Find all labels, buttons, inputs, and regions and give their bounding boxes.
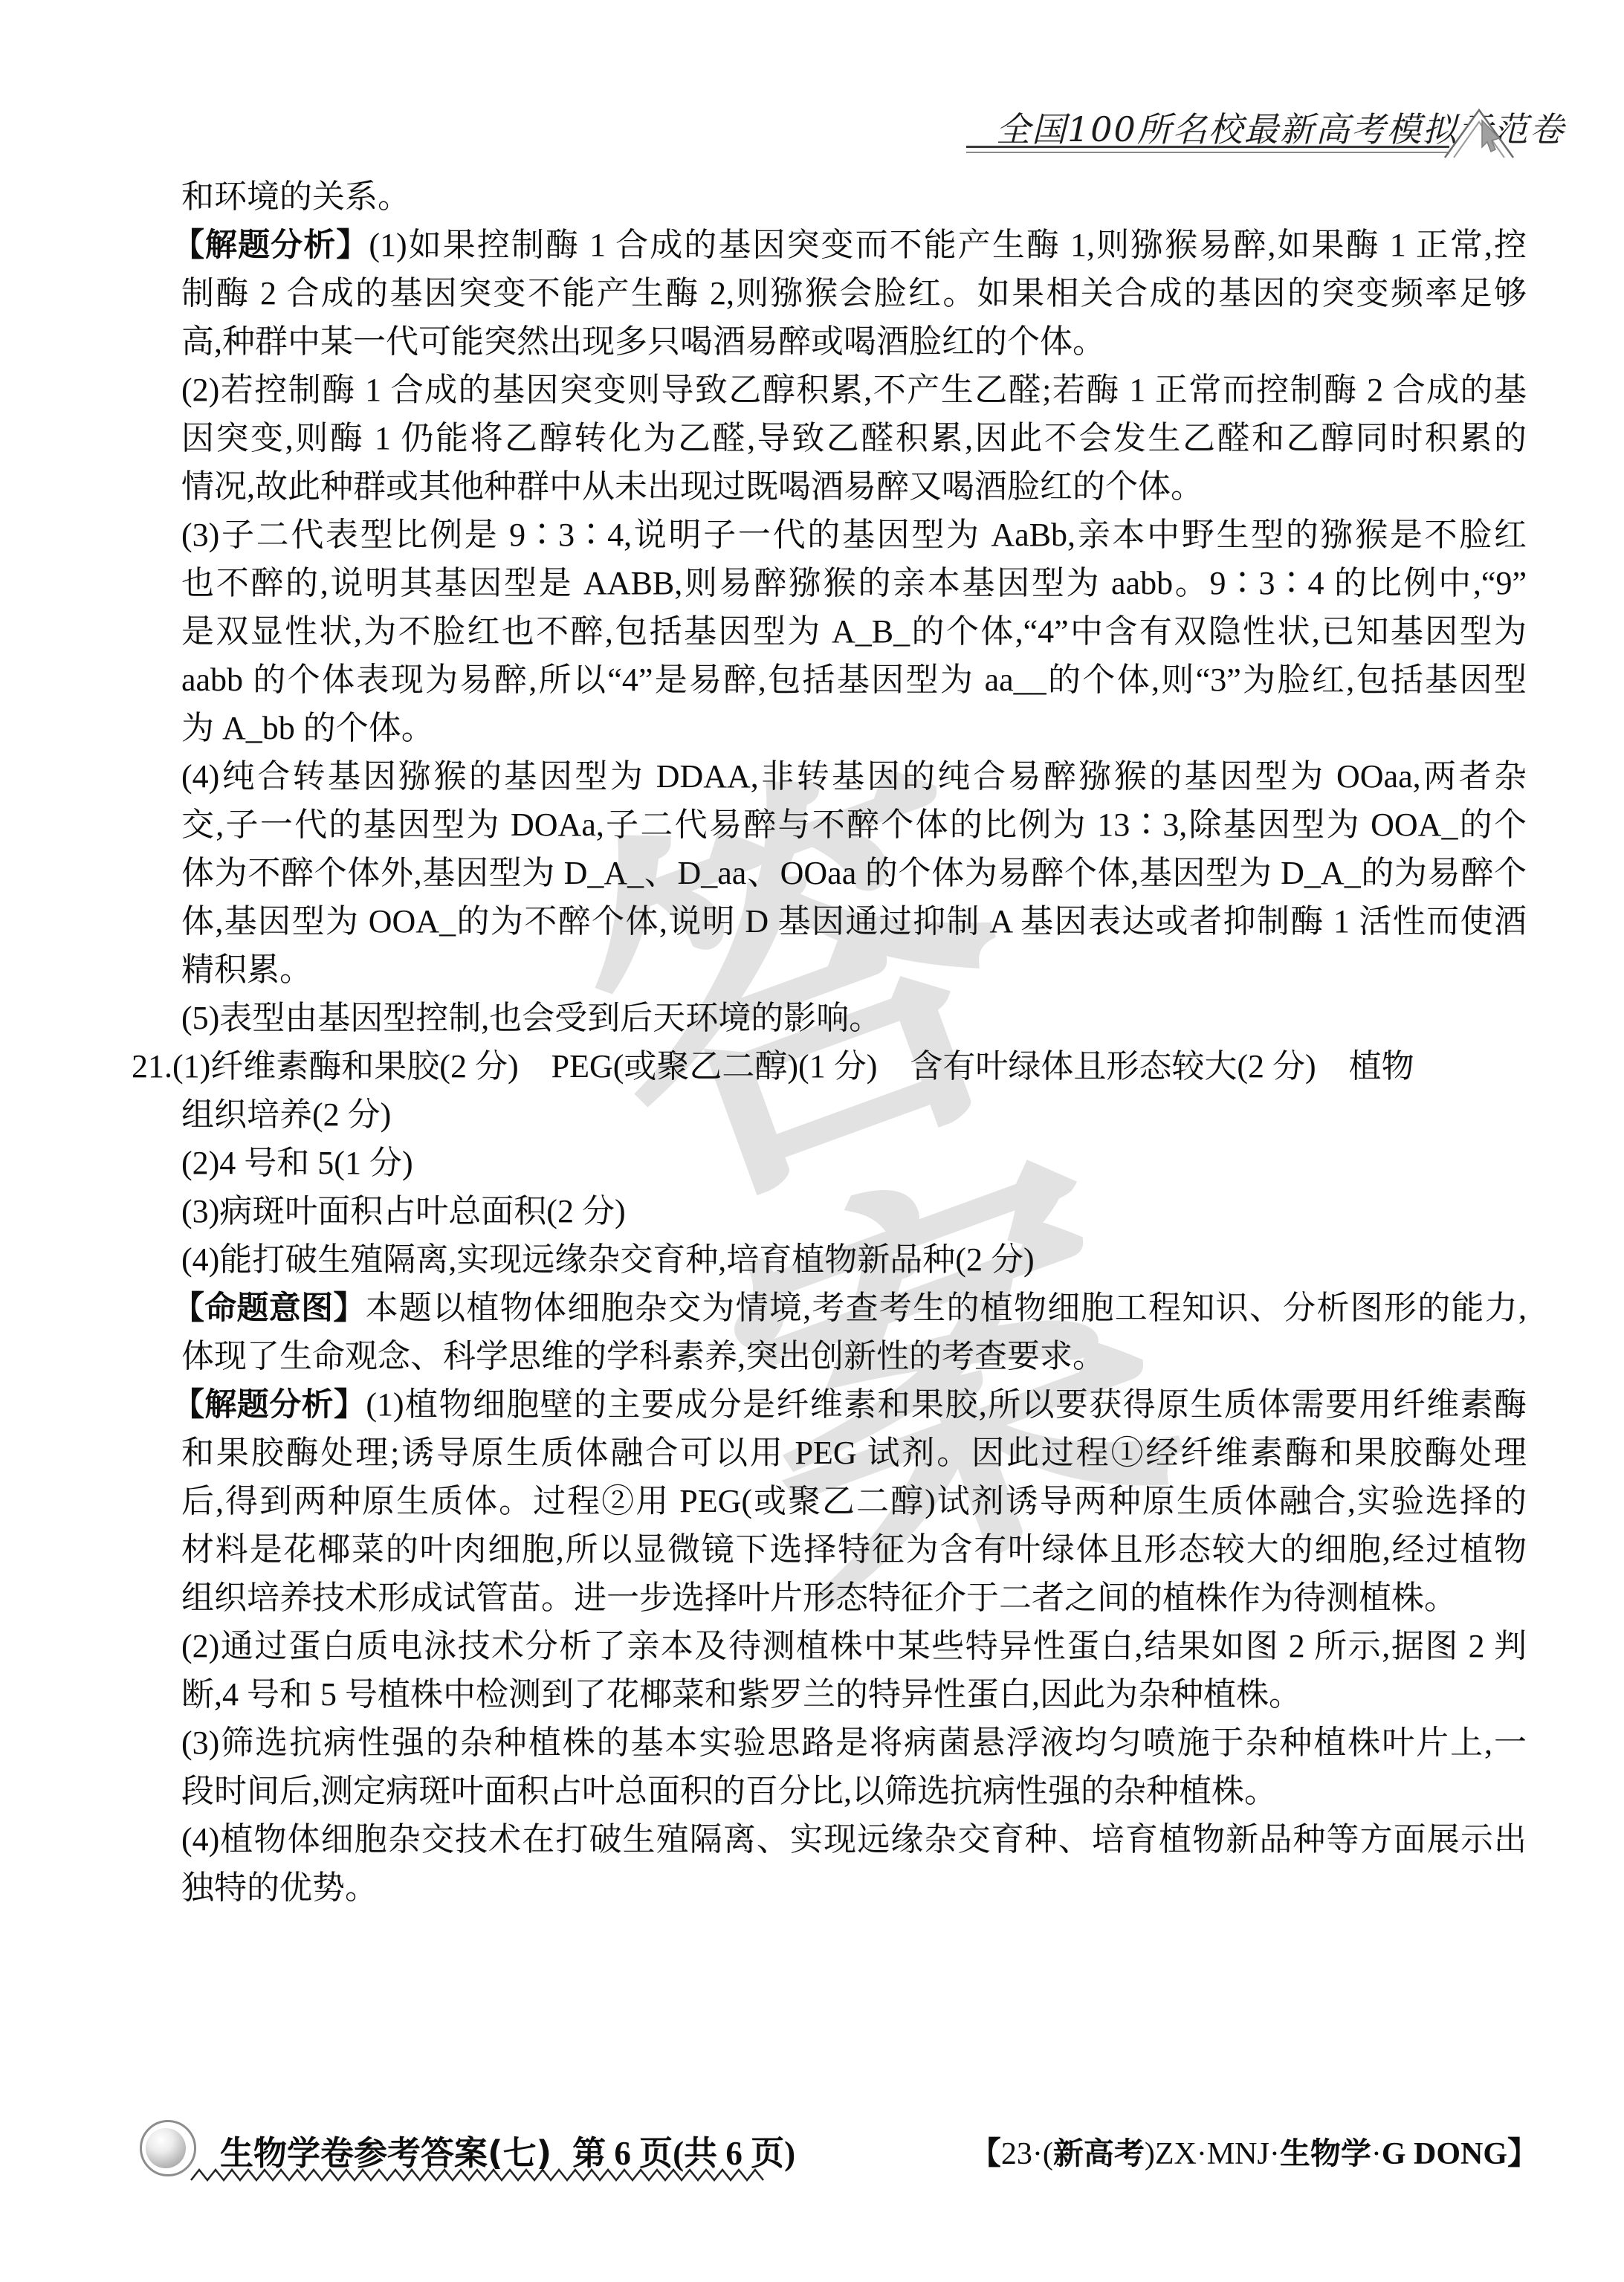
- text-line: (2)4 号和 5(1 分): [181, 1139, 1527, 1187]
- sphere-icon: [146, 2128, 186, 2168]
- exam-code: 【23·(新高考)ZX·MNJ·生物学·G DONG】: [970, 2129, 1539, 2173]
- bold-section-label: 【解题分析】: [172, 227, 369, 264]
- line-text: 本题以植物体细胞杂交为情境,考查考生的植物细胞工程知识、分析图形的能力,: [366, 1290, 1527, 1326]
- text-line: (3)病斑叶面积占叶总面积(2 分): [181, 1187, 1527, 1235]
- line-text: (2)通过蛋白质电泳技术分析了亲本及待测植株中某些特异性蛋白,结果如图 2 所示…: [181, 1628, 1527, 1664]
- line-text: 也不醉的,说明其基因型是 AABB,则易醉猕猴的亲本基因型为 aabb。9∶3∶…: [181, 565, 1527, 601]
- line-text: 体现了生命观念、科学思维的学科素养,突出创新性的考查要求。: [181, 1338, 1105, 1374]
- text-line: 和果胶酶处理;诱导原生质体融合可以用 PEG 试剂。因此过程①经纤维素酶和果胶酶…: [181, 1429, 1527, 1477]
- line-text: 高,种群中某一代可能突然出现多只喝酒易醉或喝酒脸红的个体。: [181, 323, 1105, 360]
- text-line: 【解题分析】(1)植物细胞壁的主要成分是纤维素和果胶,所以要获得原生质体需要用纤…: [172, 1380, 1527, 1429]
- line-text: (4)纯合转基因猕猴的基因型为 DDAA,非转基因的纯合易醉猕猴的基因型为 OO…: [181, 758, 1527, 795]
- text-line: 【解题分析】(1)如果控制酶 1 合成的基因突变而不能产生酶 1,则猕猴易醉,如…: [172, 221, 1527, 269]
- text-line: 21.(1)纤维素酶和果胶(2 分) PEG(或聚乙二醇)(1 分) 含有叶绿体…: [132, 1042, 1527, 1090]
- exam-code-segment: ·: [1371, 2137, 1382, 2171]
- text-line: 因突变,则酶 1 仍能将乙醇转化为乙醛,导致乙醛积累,因此不会发生乙醛和乙醇同时…: [181, 414, 1527, 462]
- line-text: 是双显性状,为不脸红也不醉,包括基因型为 A_B_的个体,“4”中含有双隐性状,…: [181, 613, 1527, 650]
- line-text: 段时间后,测定病斑叶面积占叶总面积的百分比,以筛选抗病性强的杂种植株。: [181, 1773, 1277, 1809]
- peak-mark: [1443, 106, 1518, 159]
- exam-code-segment: G DONG】: [1382, 2137, 1539, 2171]
- line-text: 交,子一代的基因型为 DOAa,子二代易醉与不醉个体的比例为 13∶3,除基因型…: [181, 807, 1527, 843]
- text-line: (2)若控制酶 1 合成的基因突变则导致乙醇积累,不产生乙醛;若酶 1 正常而控…: [181, 366, 1527, 414]
- text-line: 也不醉的,说明其基因型是 AABB,则易醉猕猴的亲本基因型为 aabb。9∶3∶…: [181, 559, 1527, 607]
- exam-code-segment: 新高考: [1053, 2136, 1145, 2171]
- text-line: aabb 的个体表现为易醉,所以“4”是易醉,包括基因型为 aa__的个体,则“…: [181, 656, 1527, 704]
- line-text: (5)表型由基因型控制,也会受到后天环境的影响。: [181, 1000, 881, 1036]
- text-line: 和环境的关系。: [181, 172, 1527, 221]
- line-text: 后,得到两种原生质体。过程②用 PEG(或聚乙二醇)试剂诱导两种原生质体融合,实…: [181, 1483, 1527, 1519]
- text-line: (3)筛选抗病性强的杂种植株的基本实验思路是将病菌悬浮液均匀喷施于杂种植株叶片上…: [181, 1719, 1527, 1767]
- line-text: (3)病斑叶面积占叶总面积(2 分): [181, 1193, 626, 1229]
- line-text: 组织培养(2 分): [181, 1096, 391, 1133]
- line-text: 情况,故此种群或其他种群中从未出现过既喝酒易醉又喝酒脸红的个体。: [181, 468, 1203, 505]
- line-text: 体,基因型为 OOA_的为不醉个体,说明 D 基因通过抑制 A 基因表达或者抑制…: [181, 903, 1527, 940]
- zigzag-line: [191, 2170, 763, 2180]
- text-line: 独特的优势。: [181, 1864, 1527, 1912]
- exam-code-segment: 生物学: [1280, 2136, 1371, 2171]
- text-line: (4)能打破生殖隔离,实现远缘杂交育种,培育植物新品种(2 分): [181, 1235, 1527, 1284]
- line-text: (3)筛选抗病性强的杂种植株的基本实验思路是将病菌悬浮液均匀喷施于杂种植株叶片上…: [181, 1725, 1527, 1761]
- exam-code-segment: )ZX·MNJ·: [1145, 2137, 1280, 2171]
- line-text: 和环境的关系。: [181, 178, 410, 215]
- text-line: 组织培养(2 分): [181, 1090, 1527, 1139]
- text-line: 【命题意图】本题以植物体细胞杂交为情境,考查考生的植物细胞工程知识、分析图形的能…: [172, 1284, 1527, 1332]
- text-line: 段时间后,测定病斑叶面积占叶总面积的百分比,以筛选抗病性强的杂种植株。: [181, 1767, 1527, 1815]
- line-text: 组织培养技术形成试管苗。进一步选择叶片形态特征介于二者之间的植株作为待测植株。: [181, 1580, 1457, 1616]
- page-indicator: 第 6 页(共 6 页): [572, 2135, 795, 2172]
- bold-section-label: 【解题分析】: [172, 1386, 366, 1423]
- line-text: 因突变,则酶 1 仍能将乙醇转化为乙醛,导致乙醛积累,因此不会发生乙醛和乙醇同时…: [181, 420, 1527, 456]
- text-line: 高,种群中某一代可能突然出现多只喝酒易醉或喝酒脸红的个体。: [181, 317, 1527, 366]
- text-line: 后,得到两种原生质体。过程②用 PEG(或聚乙二醇)试剂诱导两种原生质体融合,实…: [181, 1477, 1527, 1525]
- line-text: 和果胶酶处理;诱导原生质体融合可以用 PEG 试剂。因此过程①经纤维素酶和果胶酶…: [181, 1435, 1527, 1471]
- exam-code-segment: 【: [970, 2137, 1001, 2171]
- text-line: 材料是花椰菜的叶肉细胞,所以显微镜下选择特征为含有叶绿体且形态较大的细胞,经过植…: [181, 1525, 1527, 1574]
- text-line: (5)表型由基因型控制,也会受到后天环境的影响。: [181, 994, 1527, 1042]
- text-line: 体为不醉个体外,基因型为 D_A_、D_aa、OOaa 的个体为易醉个体,基因型…: [181, 849, 1527, 897]
- line-text: 独特的优势。: [181, 1869, 378, 1906]
- text-line: 制酶 2 合成的基因突变不能产生酶 2,则猕猴会脸红。如果相关合成的基因的突变频…: [181, 269, 1527, 317]
- text-line: 组织培养技术形成试管苗。进一步选择叶片形态特征介于二者之间的植株作为待测植株。: [181, 1574, 1527, 1622]
- header-rule: [966, 146, 1449, 153]
- text-line: (3)子二代表型比例是 9∶3∶4,说明子一代的基因型为 AaBb,亲本中野生型…: [181, 511, 1527, 559]
- document-body: 和环境的关系。 【解题分析】(1)如果控制酶 1 合成的基因突变而不能产生酶 1…: [0, 0, 1624, 1912]
- text-line: 精积累。: [181, 946, 1527, 994]
- line-text: (1)如果控制酶 1 合成的基因突变而不能产生酶 1,则猕猴易醉,如果酶 1 正…: [369, 227, 1527, 263]
- text-line: 是双显性状,为不脸红也不醉,包括基因型为 A_B_的个体,“4”中含有双隐性状,…: [181, 607, 1527, 656]
- text-line: 体现了生命观念、科学思维的学科素养,突出创新性的考查要求。: [181, 1332, 1527, 1380]
- text-line: 情况,故此种群或其他种群中从未出现过既喝酒易醉又喝酒脸红的个体。: [181, 462, 1527, 511]
- exam-code-segment: 23·(: [1001, 2137, 1053, 2171]
- exam-series-title: 全国100所名校最新高考模拟示范卷: [996, 103, 1449, 152]
- line-text: 精积累。: [181, 951, 312, 988]
- text-line: 交,子一代的基因型为 DOAa,子二代易醉与不醉个体的比例为 13∶3,除基因型…: [181, 801, 1527, 849]
- line-text: 材料是花椰菜的叶肉细胞,所以显微镜下选择特征为含有叶绿体且形态较大的细胞,经过植…: [181, 1531, 1527, 1568]
- line-text: 为 A_bb 的个体。: [181, 710, 434, 746]
- line-text: (2)4 号和 5(1 分): [181, 1145, 413, 1181]
- text-line: 为 A_bb 的个体。: [181, 704, 1527, 752]
- text-line: (2)通过蛋白质电泳技术分析了亲本及待测植株中某些特异性蛋白,结果如图 2 所示…: [181, 1622, 1527, 1670]
- text-line: (4)纯合转基因猕猴的基因型为 DDAA,非转基因的纯合易醉猕猴的基因型为 OO…: [181, 752, 1527, 801]
- line-text: 21.(1)纤维素酶和果胶(2 分) PEG(或聚乙二醇)(1 分) 含有叶绿体…: [132, 1048, 1414, 1085]
- line-text: (1)植物细胞壁的主要成分是纤维素和果胶,所以要获得原生质体需要用纤维素酶: [366, 1386, 1527, 1423]
- line-text: (3)子二代表型比例是 9∶3∶4,说明子一代的基因型为 AaBb,亲本中野生型…: [181, 517, 1527, 553]
- line-text: (4)能打破生殖隔离,实现远缘杂交育种,培育植物新品种(2 分): [181, 1241, 1035, 1278]
- publisher-logo: [140, 2120, 196, 2176]
- line-text: aabb 的个体表现为易醉,所以“4”是易醉,包括基因型为 aa__的个体,则“…: [181, 662, 1527, 698]
- text-line: 体,基因型为 OOA_的为不醉个体,说明 D 基因通过抑制 A 基因表达或者抑制…: [181, 897, 1527, 946]
- text-line: (4)植物体细胞杂交技术在打破生殖隔离、实现远缘杂交育种、培育植物新品种等方面展…: [181, 1815, 1527, 1864]
- bold-section-label: 【命题意图】: [172, 1290, 366, 1327]
- line-text: 断,4 号和 5 号植株中检测到了花椰菜和紫罗兰的特异性蛋白,因此为杂种植株。: [181, 1676, 1301, 1713]
- text-line: 断,4 号和 5 号植株中检测到了花椰菜和紫罗兰的特异性蛋白,因此为杂种植株。: [181, 1670, 1527, 1719]
- line-text: (4)植物体细胞杂交技术在打破生殖隔离、实现远缘杂交育种、培育植物新品种等方面展…: [181, 1821, 1527, 1858]
- line-text: 制酶 2 合成的基因突变不能产生酶 2,则猕猴会脸红。如果相关合成的基因的突变频…: [181, 275, 1527, 311]
- zigzag-divider: [190, 2168, 766, 2182]
- line-text: 体为不醉个体外,基因型为 D_A_、D_aa、OOaa 的个体为易醉个体,基因型…: [181, 855, 1527, 891]
- line-text: (2)若控制酶 1 合成的基因突变则导致乙醇积累,不产生乙醛;若酶 1 正常而控…: [181, 372, 1527, 408]
